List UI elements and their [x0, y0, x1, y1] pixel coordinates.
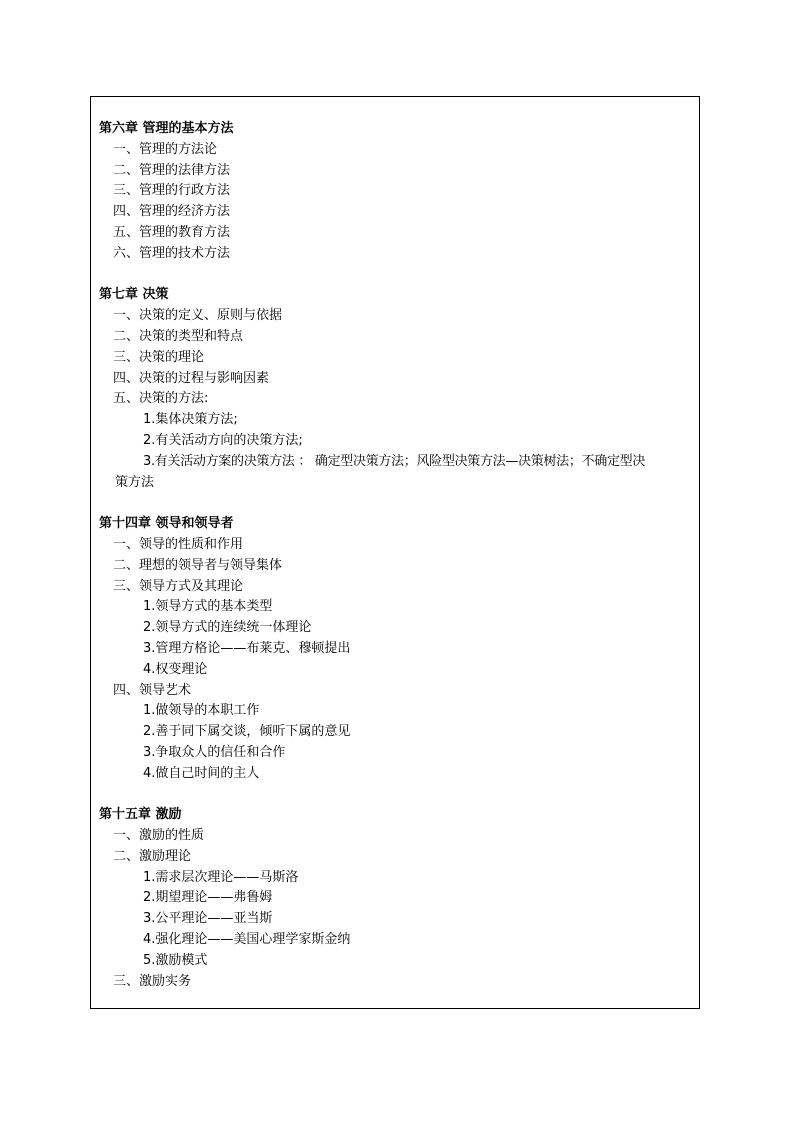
- list-item: 五、管理的教育方法: [99, 223, 691, 244]
- sub-list-item: 3.争取众人的信任和合作: [99, 743, 691, 764]
- sub-list-item: 2.领导方式的连续统一体理论: [99, 618, 691, 639]
- list-item: 三、管理的行政方法: [99, 181, 691, 202]
- chapter-6: 第六章 管理的基本方法 一、管理的方法论 二、管理的法律方法 三、管理的行政方法…: [99, 119, 691, 265]
- chapter-14: 第十四章 领导和领导者 一、领导的性质和作用 二、理想的领导者与领导集体 三、领…: [99, 514, 691, 784]
- chapter-15: 第十五章 激励 一、激励的性质 二、激励理论 1.需求层次理论——马斯洛 2.期…: [99, 805, 691, 992]
- list-item: 二、决策的类型和特点: [99, 327, 691, 348]
- list-item: 三、领导方式及其理论: [99, 577, 691, 598]
- chapter-title: 第六章 管理的基本方法: [99, 119, 691, 140]
- sub-list-item: 3.公平理论——亚当斯: [99, 909, 691, 930]
- sub-list-item: 2.善于同下属交谈，倾听下属的意见: [99, 722, 691, 743]
- chapter-7: 第七章 决策 一、决策的定义、原则与依据 二、决策的类型和特点 三、决策的理论 …: [99, 285, 691, 493]
- sub-list-item-continuation: 策方法: [99, 473, 691, 494]
- list-item: 五、决策的方法:: [99, 389, 691, 410]
- list-item: 一、决策的定义、原则与依据: [99, 306, 691, 327]
- sub-list-item: 1.需求层次理论——马斯洛: [99, 868, 691, 889]
- sub-list-item: 4.做自己时间的主人: [99, 764, 691, 785]
- list-item: 一、管理的方法论: [99, 140, 691, 161]
- chapter-title: 第十五章 激励: [99, 805, 691, 826]
- list-item: 三、决策的理论: [99, 348, 691, 369]
- sub-list-item: 2.有关活动方向的决策方法;: [99, 431, 691, 452]
- syllabus-box: 第六章 管理的基本方法 一、管理的方法论 二、管理的法律方法 三、管理的行政方法…: [90, 96, 700, 1009]
- list-item: 四、管理的经济方法: [99, 202, 691, 223]
- sub-list-item: 1.领导方式的基本类型: [99, 597, 691, 618]
- sub-list-item: 1.集体决策方法;: [99, 410, 691, 431]
- sub-list-item: 5.激励模式: [99, 951, 691, 972]
- list-item: 一、激励的性质: [99, 826, 691, 847]
- sub-list-item: 3.管理方格论——布莱克、穆顿提出: [99, 639, 691, 660]
- list-item: 二、激励理论: [99, 847, 691, 868]
- sub-list-item: 2.期望理论——弗鲁姆: [99, 888, 691, 909]
- list-item: 四、领导艺术: [99, 681, 691, 702]
- list-item: 六、管理的技术方法: [99, 244, 691, 265]
- list-item: 二、理想的领导者与领导集体: [99, 556, 691, 577]
- list-item: 三、激励实务: [99, 972, 691, 993]
- sub-list-item: 1.做领导的本职工作: [99, 701, 691, 722]
- list-item: 四、决策的过程与影响因素: [99, 369, 691, 390]
- list-item: 一、领导的性质和作用: [99, 535, 691, 556]
- sub-list-item: 4.强化理论——美国心理学家斯金纳: [99, 930, 691, 951]
- chapter-title: 第七章 决策: [99, 285, 691, 306]
- sub-list-item: 3.有关活动方案的决策方法 ： 确定型决策方法；风险型决策方法—决策树法；不确定…: [99, 452, 691, 473]
- chapter-title: 第十四章 领导和领导者: [99, 514, 691, 535]
- list-item: 二、管理的法律方法: [99, 161, 691, 182]
- syllabus-content: 第六章 管理的基本方法 一、管理的方法论 二、管理的法律方法 三、管理的行政方法…: [99, 119, 691, 1013]
- sub-list-item: 4.权变理论: [99, 660, 691, 681]
